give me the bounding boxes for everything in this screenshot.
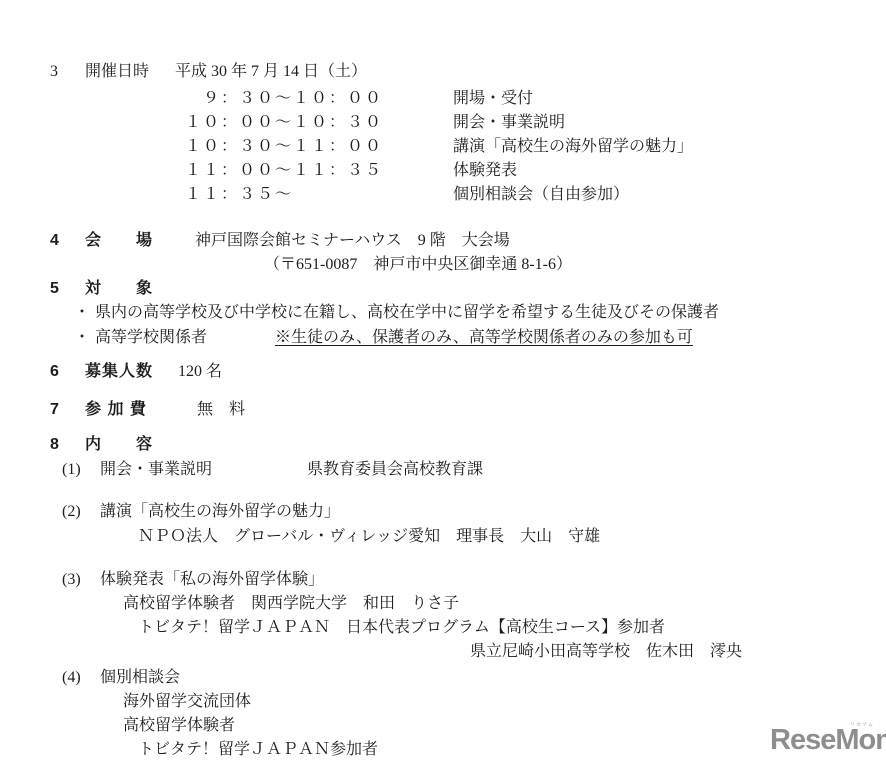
bullet-marker: ・	[74, 326, 95, 350]
section-number: 8	[50, 433, 85, 457]
section-number: 6	[50, 360, 85, 384]
item-number: (3)	[62, 568, 100, 592]
schedule-time: ９：３０～１０：００	[185, 87, 453, 111]
resemom-logo-text: ReseMom.	[770, 726, 886, 755]
schedule-row: ９：３０～１０：００ 開場・受付	[185, 87, 876, 111]
content-item-4: (4) 個別相談会	[62, 666, 876, 690]
item-label: 個別相談会	[100, 666, 180, 690]
section-title: 募集人数	[85, 360, 178, 384]
item-number: (4)	[62, 666, 100, 690]
fee-value: 無 料	[197, 398, 245, 422]
schedule-row: １１：３５～ 個別相談会（自由参加）	[185, 183, 876, 207]
target-bullet: ・ 高等学校関係者 ※生徒のみ、保護者のみ、高等学校関係者のみの参加も可	[74, 326, 876, 350]
section-number: 3	[50, 60, 85, 84]
capacity-value: 120 名	[178, 360, 222, 384]
resemom-logo: リセマム ReseMom.	[770, 719, 886, 763]
schedule-row: １１：００～１１：３５ 体験発表	[185, 159, 876, 183]
section-title: 対 象	[85, 277, 153, 301]
presenter-line: 高校留学体験者 関西学院大学 和田 りさ子	[123, 592, 876, 616]
section-title: 開催日時	[85, 60, 175, 84]
schedule-time: １０：３０～１１：００	[185, 135, 453, 159]
schedule-label: 体験発表	[453, 159, 517, 183]
item-label: 体験発表「私の海外留学体験」	[100, 568, 324, 592]
consult-line: 高校留学体験者	[123, 714, 876, 738]
bullet-text: 県内の高等学校及び中学校に在籍し、高校在学中に留学を希望する生徒及びその保護者	[95, 301, 719, 325]
schedule-label: 講演「高校生の海外留学の魅力」	[453, 135, 693, 159]
consult-line: 海外留学交流団体	[123, 690, 876, 714]
section-title: 参 加 費	[85, 398, 197, 422]
schedule-time: １１：００～１１：３５	[185, 159, 453, 183]
section-number: 5	[50, 277, 85, 301]
schedule-label: 開場・受付	[453, 87, 533, 111]
schedule-row: １０：００～１０：３０ 開会・事業説明	[185, 111, 876, 135]
section-3-heading: 3 開催日時 平成 30 年 7 月 14 日（土）	[50, 60, 876, 84]
content-item-3: (3) 体験発表「私の海外留学体験」	[62, 568, 876, 592]
section-8-heading: 8 内 容	[50, 433, 876, 457]
schedule-label: 個別相談会（自由参加）	[453, 183, 629, 207]
participation-note: ※生徒のみ、保護者のみ、高等学校関係者のみの参加も可	[275, 326, 693, 350]
section-title: 内 容	[85, 433, 153, 457]
presenter-line: 県立尼崎小田高等学校 佐木田 澪央	[470, 640, 876, 664]
content-item-2: (2) 講演「高校生の海外留学の魅力」	[62, 500, 876, 524]
speaker-line: ＮＰＯ法人 グローバル・ヴィレッジ愛知 理事長 大山 守雄	[138, 525, 876, 549]
schedule-row: １０：３０～１１：００ 講演「高校生の海外留学の魅力」	[185, 135, 876, 159]
section-number: 7	[50, 398, 85, 422]
section-7-heading: 7 参 加 費 無 料	[50, 398, 876, 422]
schedule-time: １０：００～１０：３０	[185, 111, 453, 135]
item-detail: 県教育委員会高校教育課	[307, 458, 483, 482]
consult-line: トビタテ！留学ＪＡＰＡＮ参加者	[138, 738, 876, 762]
venue-address: （〒651-0087 神戸市中央区御幸通 8-1-6）	[264, 253, 876, 277]
section-5-heading: 5 対 象	[50, 277, 876, 301]
item-label: 開会・事業説明	[100, 458, 212, 482]
target-bullet: ・ 県内の高等学校及び中学校に在籍し、高校在学中に留学を希望する生徒及びその保護…	[74, 301, 876, 325]
content-item-1: (1) 開会・事業説明 県教育委員会高校教育課	[62, 458, 876, 482]
event-date: 平成 30 年 7 月 14 日（土）	[175, 60, 367, 84]
schedule-label: 開会・事業説明	[453, 111, 565, 135]
item-number: (2)	[62, 500, 100, 524]
bullet-text: 高等学校関係者	[95, 326, 207, 350]
section-number: 4	[50, 229, 85, 253]
section-4-heading: 4 会 場 神戸国際会館セミナーハウス 9 階 大会場	[50, 229, 876, 253]
section-6-heading: 6 募集人数 120 名	[50, 360, 876, 384]
section-title: 会 場	[85, 229, 195, 253]
venue-name: 神戸国際会館セミナーハウス 9 階 大会場	[195, 229, 510, 253]
schedule-time: １１：３５～	[185, 183, 453, 207]
bullet-marker: ・	[74, 301, 95, 325]
item-number: (1)	[62, 458, 100, 482]
document-page: 3 開催日時 平成 30 年 7 月 14 日（土） ９：３０～１０：００ 開場…	[0, 0, 886, 767]
item-label: 講演「高校生の海外留学の魅力」	[100, 500, 340, 524]
presenter-line: トビタテ！留学ＪＡＰＡＮ 日本代表プログラム【高校生コース】参加者	[138, 616, 876, 640]
